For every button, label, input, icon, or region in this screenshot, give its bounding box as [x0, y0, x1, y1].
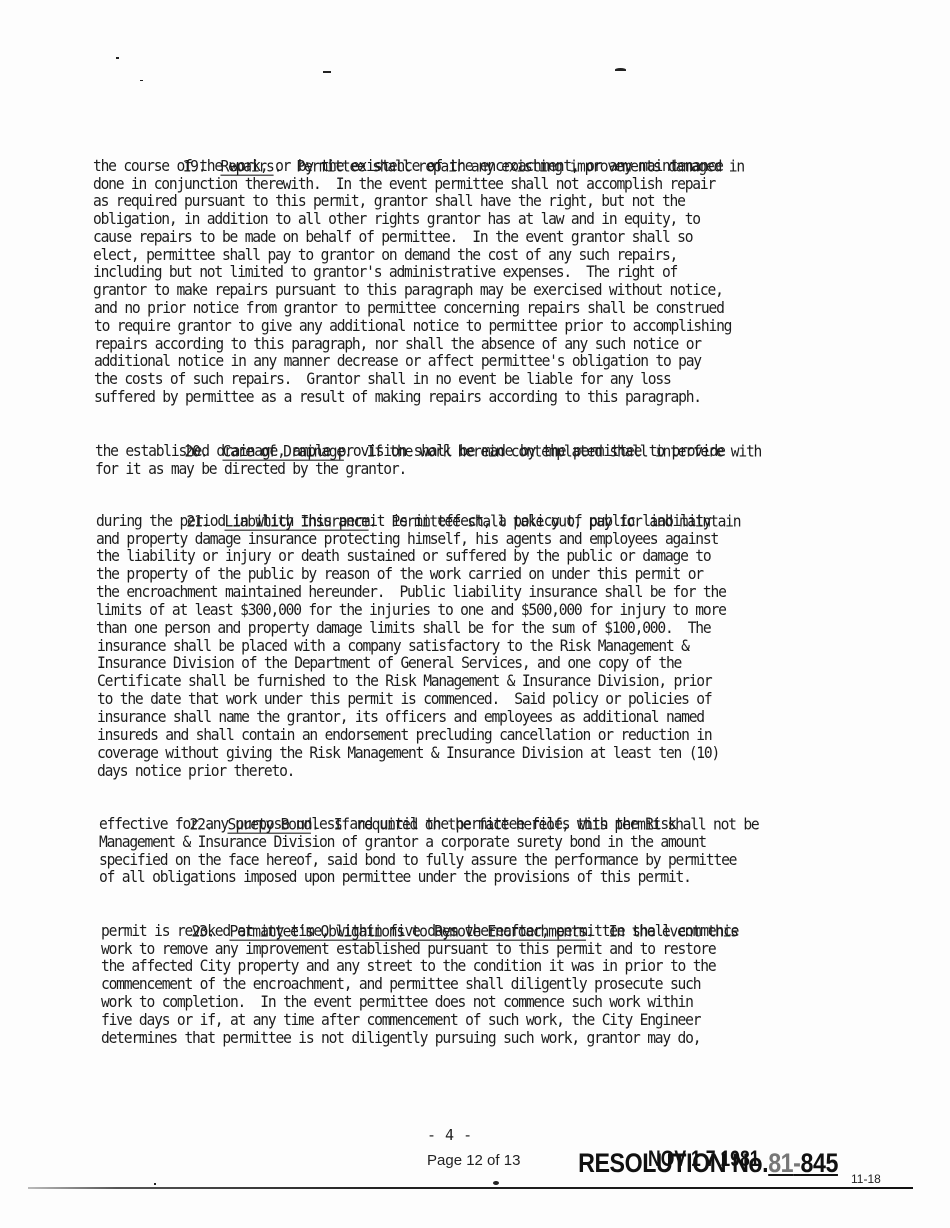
scan-speck — [323, 71, 331, 73]
paragraph-line: the established drainage, ample provisio… — [95, 442, 725, 460]
paragraph-line: specified on the face hereof, said bond … — [99, 851, 736, 869]
paragraph-line: cause repairs to be made on behalf of pe… — [93, 228, 692, 246]
paragraph-line: coverage without giving the Risk Managem… — [97, 744, 719, 762]
paragraph-line: determines that permittee is not diligen… — [101, 1029, 700, 1047]
paragraph-line: and property damage insurance protecting… — [96, 530, 718, 548]
paragraph-line: to require grantor to give any additiona… — [94, 317, 731, 335]
paragraph-line: insurance shall be placed with a company… — [97, 637, 689, 655]
paragraph-line: limits of at least $300,000 for the inju… — [96, 601, 726, 619]
paragraph-line: additional notice in any manner decrease… — [94, 352, 701, 370]
paragraph-line: including but not limited to grantor's a… — [93, 263, 677, 281]
paragraph-line: and no prior notice from grantor to perm… — [94, 299, 724, 317]
paragraph-line: repairs according to this paragraph, nor… — [94, 335, 701, 353]
paragraph-line: during the period in which this permit i… — [96, 512, 710, 530]
paragraph-line: work to completion. In the event permitt… — [101, 993, 693, 1011]
document-page: 19. Repairs. Permittee shall repair any … — [0, 0, 950, 1228]
page-marker: - 4 - — [427, 1126, 472, 1144]
paragraph-line: Insurance Division of the Department of … — [97, 654, 681, 672]
paragraph-line: Management & Insurance Division of grant… — [99, 833, 706, 851]
paragraph-line: work to remove any improvement establish… — [101, 940, 715, 958]
scan-speck — [116, 57, 119, 59]
scan-speck — [154, 1183, 156, 1185]
paragraph-line: permit is revoked at any time, within fi… — [101, 922, 738, 940]
paragraph-line: the liability or injury or death sustain… — [96, 547, 710, 565]
scan-speck — [140, 80, 143, 81]
paragraph-line: of all obligations imposed upon permitte… — [99, 868, 691, 886]
paragraph-line: to the date that work under this permit … — [97, 690, 711, 708]
paragraph-line: commencement of the encroachment, and pe… — [101, 975, 700, 993]
paragraph-line: elect, permittee shall pay to grantor on… — [93, 246, 677, 264]
paragraph-line: the property of the public by reason of … — [96, 565, 703, 583]
paragraph-line: than one person and property damage limi… — [96, 619, 710, 637]
footer-rule — [28, 1187, 913, 1189]
paragraph-line: days notice prior thereto. — [97, 762, 294, 780]
paragraph-line: as required pursuant to this permit, gra… — [93, 192, 685, 210]
page-of-count: Page 12 of 13 — [427, 1152, 520, 1169]
date-stamp: NOV 1 7 1981 — [648, 1146, 760, 1172]
form-number: 11-18 — [851, 1172, 881, 1186]
paragraph-line: the course of the work, or by the existe… — [93, 157, 723, 175]
paragraph-line: the costs of such repairs. Grantor shall… — [94, 370, 671, 388]
paragraph-line: for it as may be directed by the grantor… — [95, 460, 406, 478]
paragraph-line: suffered by permittee as a result of mak… — [94, 388, 701, 406]
paragraph-line: the affected City property and any stree… — [101, 957, 715, 975]
paragraph-line: effective for any purpose unless and unt… — [99, 815, 676, 833]
scan-speck — [615, 68, 626, 71]
paragraph-line: grantor to make repairs pursuant to this… — [93, 281, 723, 299]
resolution-value: 81-845 — [768, 1148, 838, 1178]
paragraph-line: Certificate shall be furnished to the Ri… — [97, 672, 711, 690]
paragraph-line: the encroachment maintained hereunder. P… — [96, 583, 726, 601]
scan-speck — [493, 1181, 499, 1185]
paragraph-line: obligation, in addition to all other rig… — [93, 210, 700, 228]
paragraph-line: five days or if, at any time after comme… — [101, 1011, 700, 1029]
paragraph-line: done in conjunction therewith. In the ev… — [93, 175, 715, 193]
paragraph-line: insureds and shall contain an endorsemen… — [97, 726, 711, 744]
paragraph-line: insurance shall name the grantor, its of… — [97, 708, 704, 726]
